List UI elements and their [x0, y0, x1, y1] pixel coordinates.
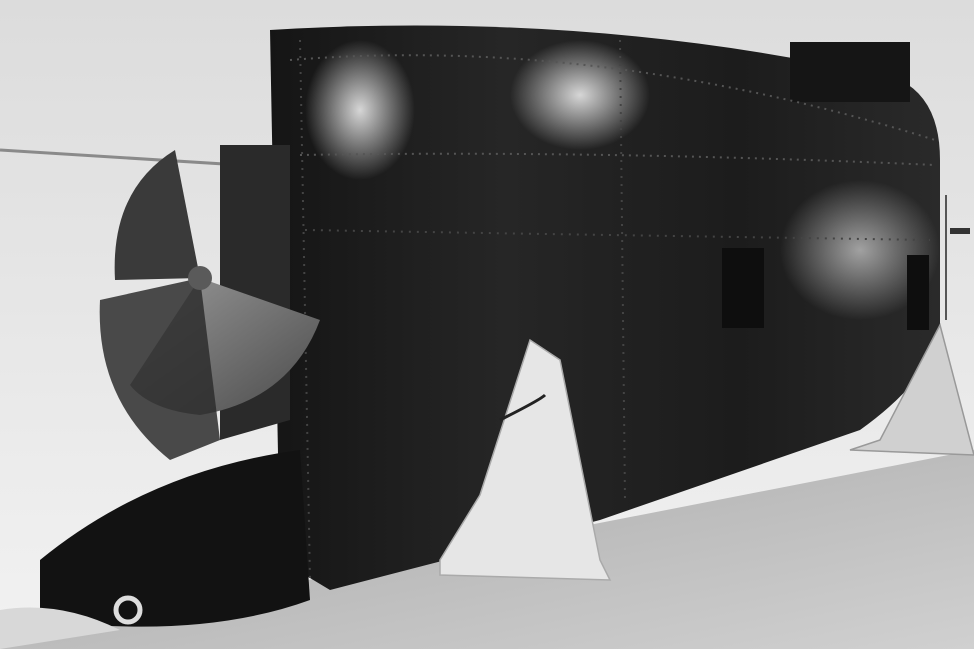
photo-scene [0, 0, 974, 649]
